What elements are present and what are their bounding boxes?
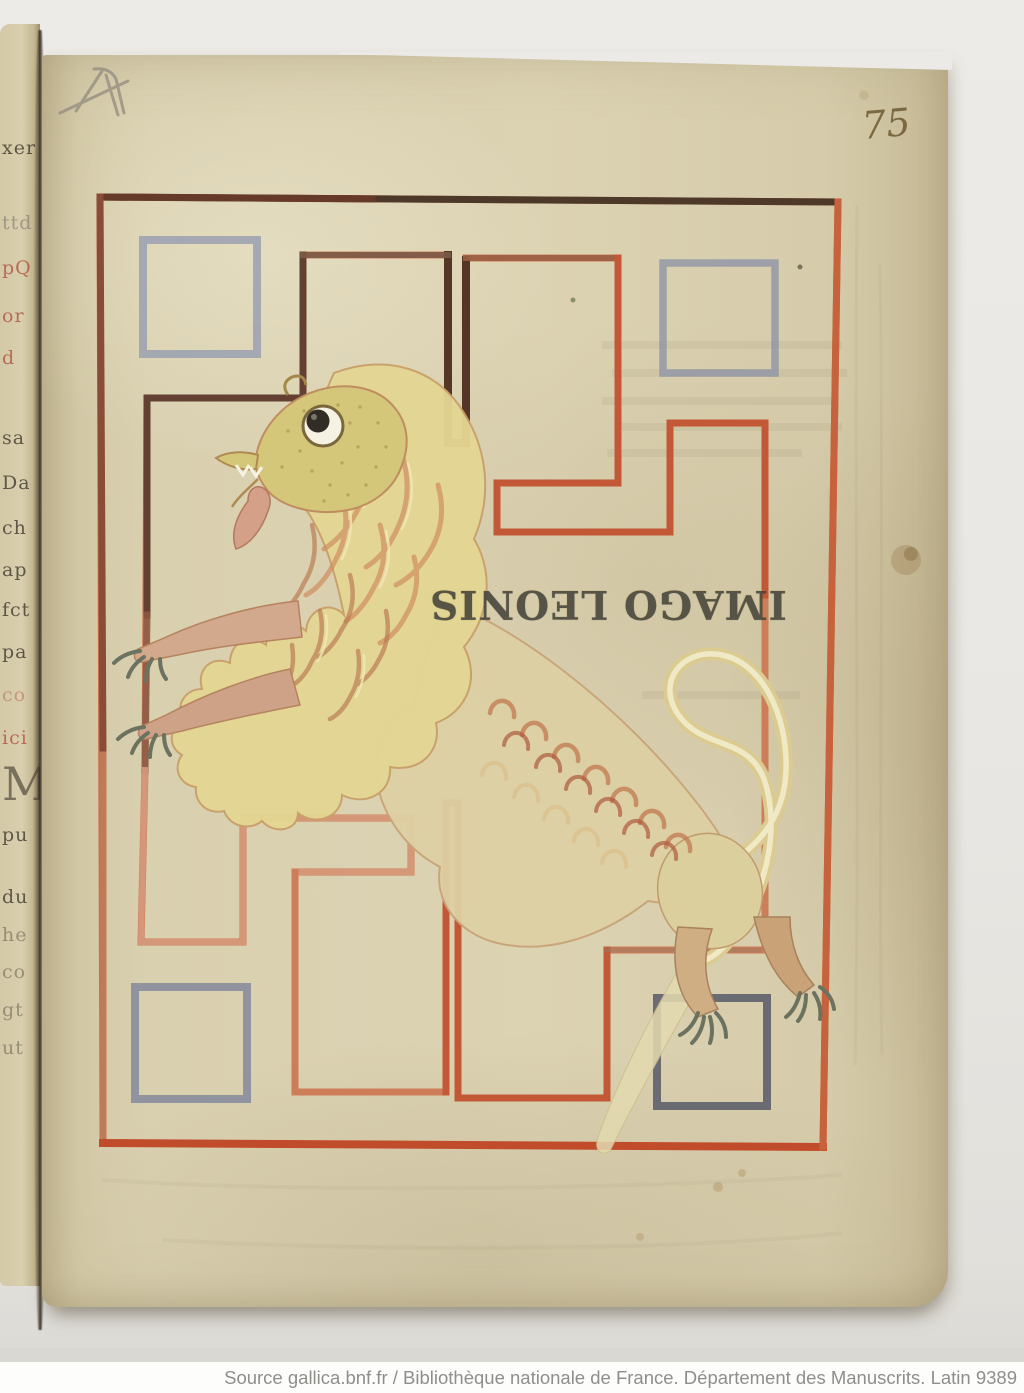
text-fragment: du: [2, 886, 28, 908]
text-fragment: xer: [2, 137, 36, 159]
text-fragment: ap: [2, 559, 28, 581]
attribution-text: Source gallica.bnf.fr / Bibliothèque nat…: [224, 1367, 1017, 1389]
imago-leonis-inscription: IMAGO LEONIS: [450, 560, 766, 648]
lion-tail-tip: [597, 963, 694, 1153]
folio-number: 75: [860, 98, 934, 148]
text-fragment: pQ: [2, 257, 32, 279]
lion-eye: [303, 406, 343, 446]
lion-hind-legs: [675, 917, 834, 1043]
text-fragment: or: [2, 305, 25, 327]
lion-figure: [114, 364, 834, 1153]
text-fragment: fct: [2, 599, 30, 621]
text-fragment: he: [2, 924, 27, 946]
manuscript-photograph: xer ttd pQ or d sa Da ch ap fct pa co ic…: [0, 0, 1024, 1362]
text-fragment: d: [2, 347, 15, 369]
corner-square-top-right: [663, 263, 775, 373]
corner-square-top-left: [143, 240, 257, 354]
text-fragment: pa: [2, 641, 28, 663]
text-fragment: ici: [2, 727, 28, 749]
text-fragment: sa: [2, 427, 25, 449]
scan-background-strip: [0, 1348, 1024, 1362]
text-fragment: pu: [2, 824, 28, 846]
gallica-scan-view: { "page": { "folio_number": "75", "inscr…: [0, 0, 1024, 1393]
text-fragment: gt: [2, 999, 24, 1021]
text-fragment: ttd: [2, 212, 32, 234]
pencil-mark: [42, 55, 162, 135]
attribution-footer: Source gallica.bnf.fr / Bibliothèque nat…: [0, 1362, 1024, 1393]
text-fragment: ut: [2, 1037, 24, 1059]
manuscript-page: IMAGO LEONIS 75: [42, 55, 948, 1307]
text-fragment: ch: [2, 517, 27, 539]
corner-square-bottom-left: [135, 987, 247, 1099]
text-fragment: co: [2, 961, 26, 983]
page-artwork: [42, 55, 948, 1307]
text-fragment: co: [2, 684, 26, 706]
text-fragment: Da: [2, 472, 31, 494]
